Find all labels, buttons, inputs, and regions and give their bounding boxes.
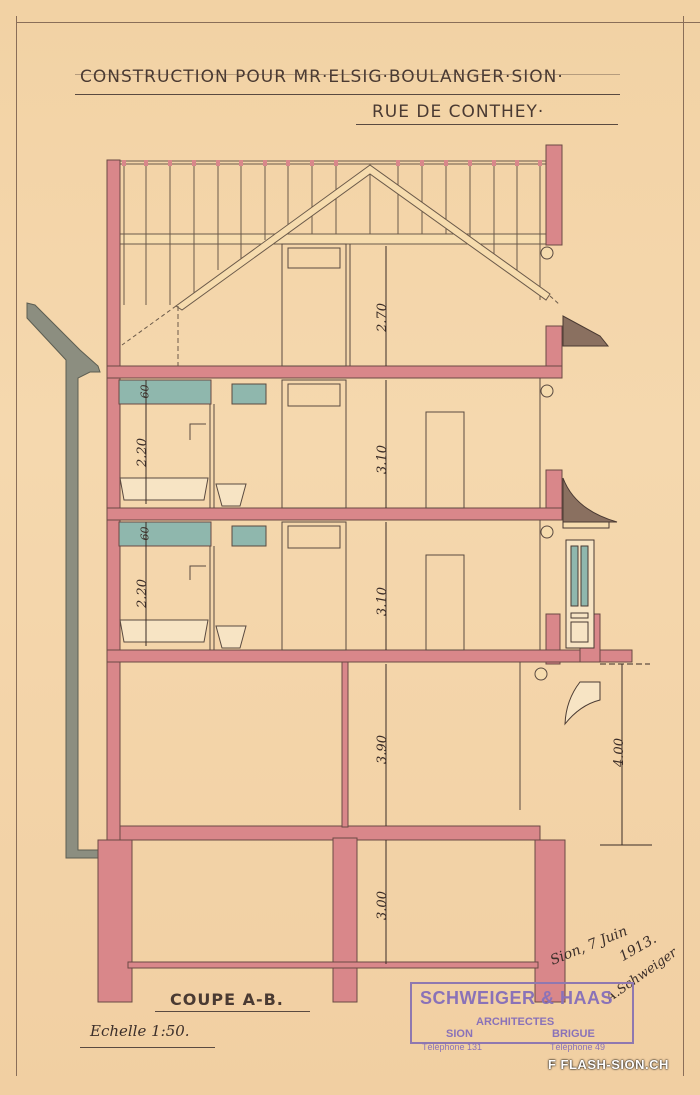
cornice-ornament bbox=[563, 316, 617, 528]
stamp-city-right: BRIGUE bbox=[552, 1028, 595, 1040]
scale-underline bbox=[80, 1047, 215, 1048]
section-label-underline bbox=[155, 1011, 310, 1012]
bathroom-soffits bbox=[119, 380, 211, 546]
stamp-phone-left: Téléphone 131 bbox=[422, 1042, 482, 1052]
downpipe-icon bbox=[27, 303, 100, 858]
masonry-walls bbox=[98, 145, 632, 1002]
stamp-phone-right: Téléphone 49 bbox=[550, 1042, 605, 1052]
dim-exterior: 4.00 bbox=[612, 738, 627, 767]
dim-floor2: 3.10 bbox=[375, 445, 390, 474]
architect-stamp: SCHWEIGER & HAAS ARCHITECTES SION Téléph… bbox=[410, 982, 634, 1044]
section-label: COUPE A-B. bbox=[170, 990, 284, 1009]
dim-bath-lower: 2.20 bbox=[135, 579, 150, 608]
bracket-ornament bbox=[565, 682, 600, 724]
dim-bath-upper: 2.20 bbox=[135, 438, 150, 467]
dim-bath-upper-soffit: 60 bbox=[139, 385, 152, 399]
watermark: F FLASH-SION.CH bbox=[548, 1057, 669, 1072]
dim-bath-lower-soffit: 60 bbox=[139, 527, 152, 541]
drawing-sheet: CONSTRUCTION POUR MR·ELSIG·BOULANGER·SIO… bbox=[0, 0, 700, 1095]
roof-timbers bbox=[118, 160, 560, 366]
dim-attic: 2.70 bbox=[375, 303, 390, 332]
entrance-door bbox=[566, 540, 594, 648]
stamp-firm-name: SCHWEIGER & HAAS bbox=[420, 988, 613, 1009]
stamp-subtitle: ARCHITECTES bbox=[476, 1016, 554, 1028]
dim-floor1: 3.10 bbox=[375, 587, 390, 616]
dim-basement: 3.00 bbox=[375, 891, 390, 920]
stamp-city-left: SION bbox=[446, 1028, 473, 1040]
scale-label: Echelle 1:50. bbox=[90, 1022, 190, 1040]
section-drawing bbox=[0, 0, 700, 1095]
dim-ground: 3.90 bbox=[375, 735, 390, 764]
